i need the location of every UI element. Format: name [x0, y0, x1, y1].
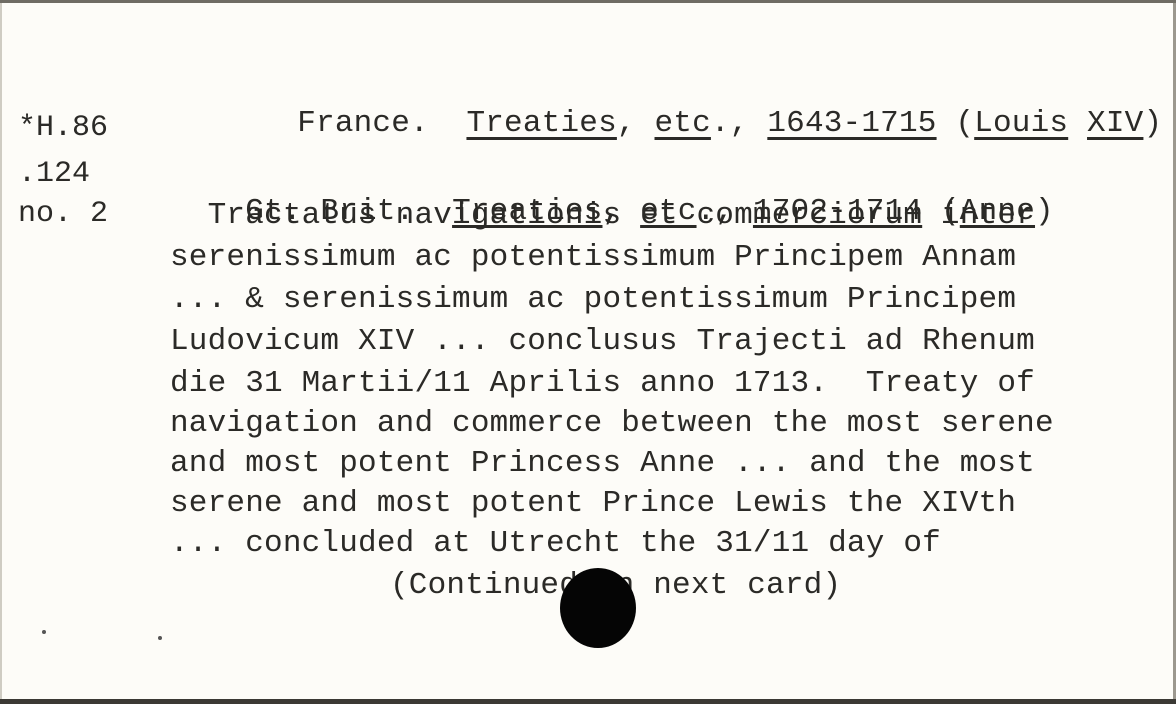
sep [1068, 106, 1087, 141]
body-line: and most potent Princess Anne ... and th… [170, 446, 1035, 482]
punch-hole [560, 568, 636, 648]
body-line: Ludovicum XIV ... conclusus Trajecti ad … [170, 324, 1035, 360]
call-number-line-3: no. 2 [18, 196, 108, 232]
heading-france-dates: 1643-1715 [767, 106, 936, 141]
call-number-line-2: .124 [18, 156, 90, 192]
sep: ) [1143, 106, 1162, 141]
speck-mark [158, 636, 162, 640]
heading-france-prefix: France. [297, 106, 429, 141]
heading-france-louis: Louis [974, 106, 1068, 141]
body-line: serenissimum ac potentissimum Principem … [170, 240, 1016, 276]
sep: ) [1035, 194, 1054, 229]
sep: ., [711, 106, 767, 141]
catalog-card: *H.86 .124 no. 2 France. Treaties, etc.,… [0, 0, 1176, 704]
call-number-line-1: *H.86 [18, 110, 108, 146]
body-line: Tractatus navigationis et commerciorum i… [170, 198, 1035, 234]
body-line: serene and most potent Prince Lewis the … [170, 486, 1016, 522]
heading-france-xiv: XIV [1087, 106, 1143, 141]
body-line: navigation and commerce between the most… [170, 406, 1054, 442]
speck-mark [42, 630, 46, 634]
body-line: ... concluded at Utrecht the 31/11 day o… [170, 526, 941, 562]
sep: , [617, 106, 655, 141]
body-line: die 31 Martii/11 Aprilis anno 1713. Trea… [170, 366, 1035, 402]
body-line: ... & serenissimum ac potentissimum Prin… [170, 282, 1016, 318]
heading-france-treaties: Treaties [466, 106, 616, 141]
sep: ( [937, 106, 975, 141]
heading-france-etc: etc [655, 106, 711, 141]
